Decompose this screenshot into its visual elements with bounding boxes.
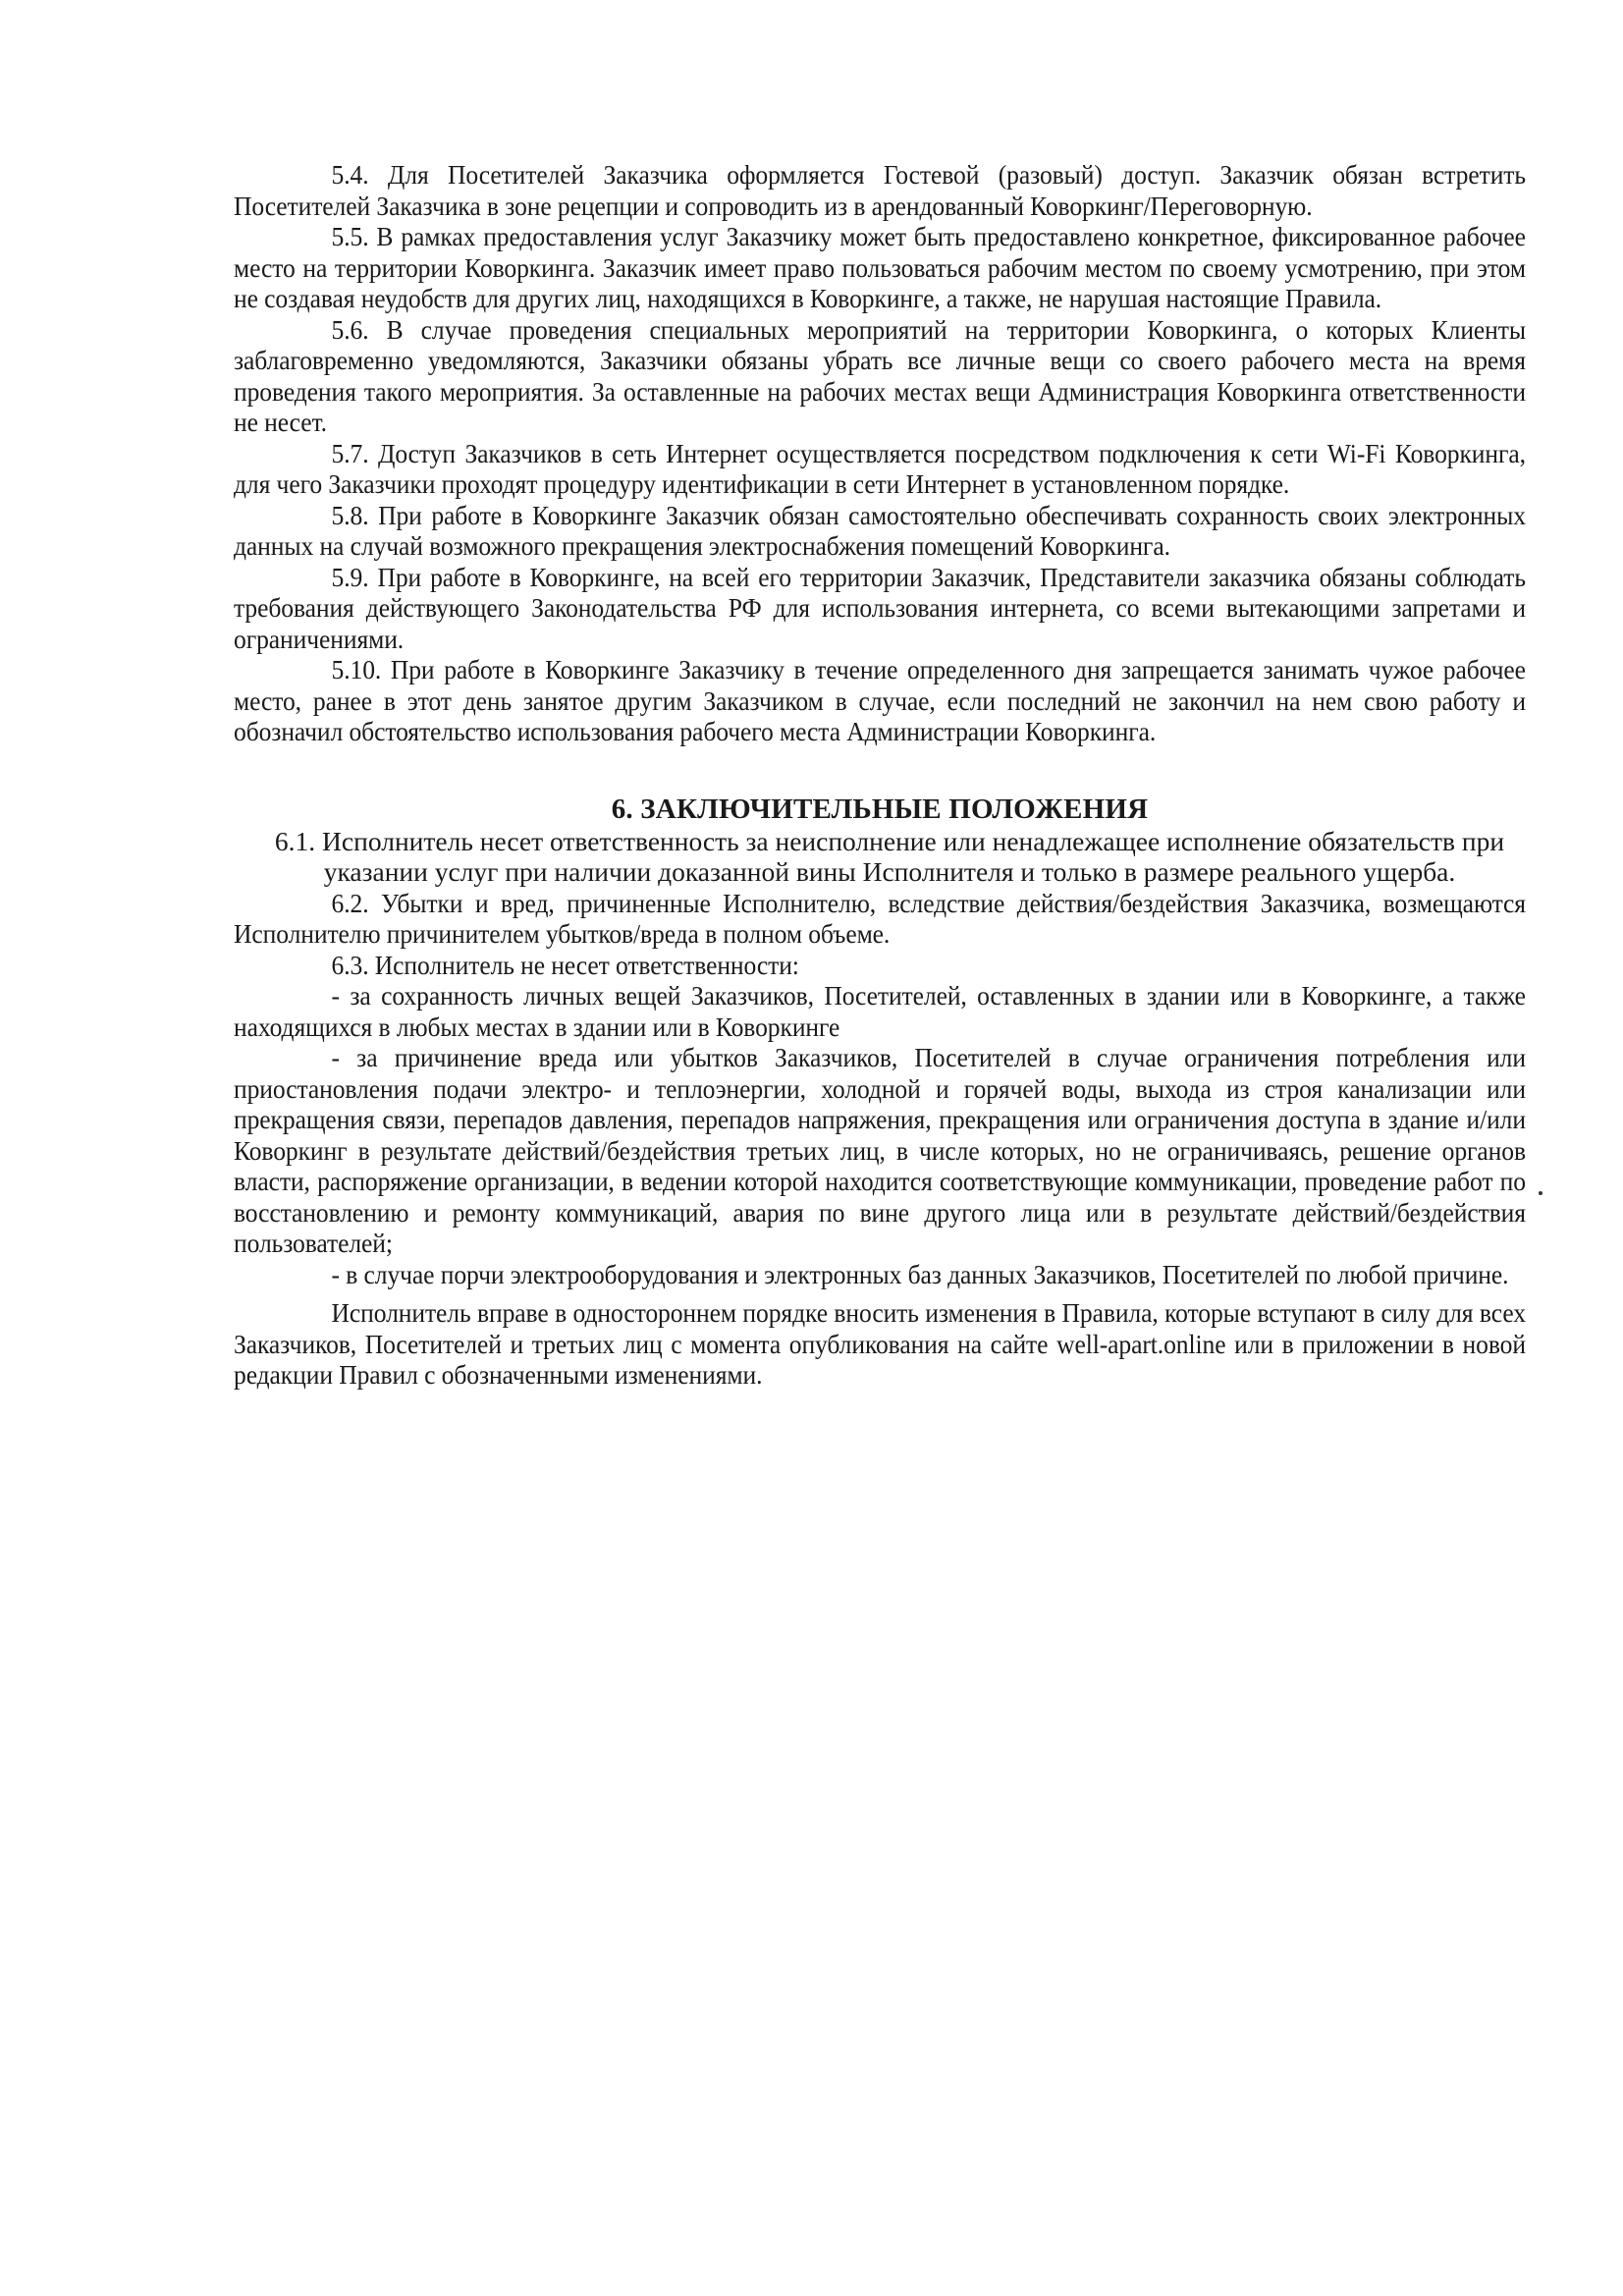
scan-speck	[1539, 1191, 1542, 1195]
clause-5-8: 5.8. При работе в Коворкинге Заказчик об…	[234, 500, 1526, 562]
clause-6-3-item-personal-belongings: - за сохранность личных вещей Заказчиков…	[234, 980, 1526, 1042]
document-page: 5.4. Для Посетителей Заказчика оформляет…	[234, 159, 1526, 1391]
clause-5-6: 5.6. В случае проведения специальных мер…	[234, 314, 1526, 438]
clause-6-1: 6.1. Исполнитель несет ответственность з…	[234, 826, 1526, 888]
section-6-title: 6. ЗАКЛЮЧИТЕЛЬНЫЕ ПОЛОЖЕНИЯ	[234, 793, 1526, 826]
clause-6-3-intro: 6.3. Исполнитель не несет ответственност…	[234, 950, 1526, 981]
clause-5-7: 5.7. Доступ Заказчиков в сеть Интернет о…	[234, 438, 1526, 500]
clause-5-9: 5.9. При работе в Коворкинге, на всей ег…	[234, 562, 1526, 655]
clause-6-3-item-equipment: - в случае порчи электрооборудования и э…	[234, 1259, 1526, 1290]
clause-6-2: 6.2. Убытки и вред, причиненные Исполнит…	[234, 888, 1526, 950]
clause-5-5: 5.5. В рамках предоставления услуг Заказ…	[234, 221, 1526, 314]
clause-5-10: 5.10. При работе в Коворкинге Заказчику …	[234, 654, 1526, 747]
closing-paragraph: Исполнитель вправе в одностороннем поряд…	[234, 1297, 1526, 1391]
clause-6-3-item-damages: - за причинение вреда или убытков Заказч…	[234, 1042, 1526, 1259]
clause-5-4: 5.4. Для Посетителей Заказчика оформляет…	[234, 159, 1526, 221]
